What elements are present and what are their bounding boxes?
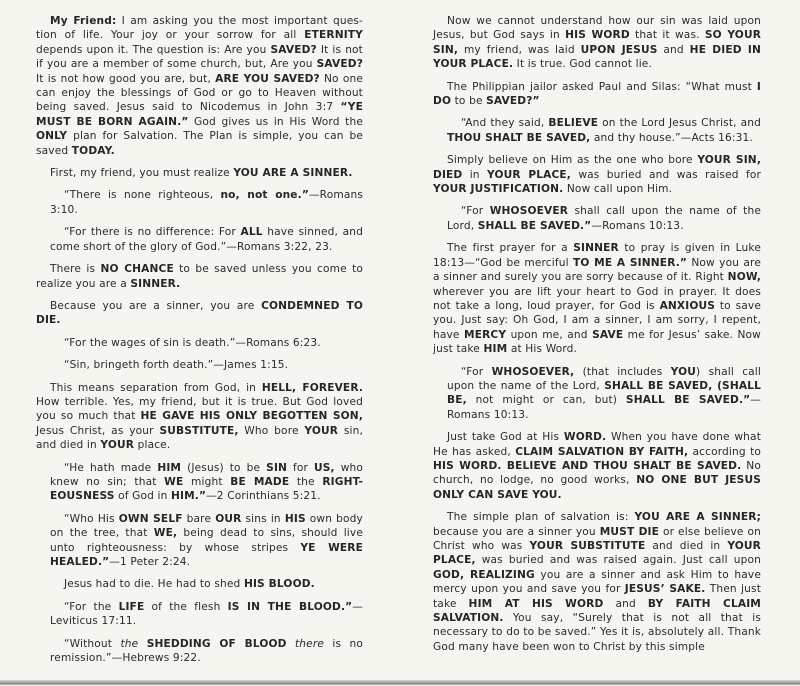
body-text: “Sin, bringeth forth death.”—James 1:15. [64, 359, 288, 371]
paragraph: This means separation from God, in HELL,… [36, 381, 363, 453]
emphasis-text: BE MADE [230, 476, 289, 488]
scripture-quote: Jesus had to die. He had to shed HIS BLO… [36, 577, 363, 591]
emphasis-text: YOUR JUSTIFICATION. [433, 183, 563, 195]
emphasis-text: ANXIOUS [660, 300, 715, 312]
body-text: —Romans 10:13. [591, 220, 683, 232]
emphasis-text: IS IN THE BLOOD.” [228, 601, 353, 613]
body-text: at His Word. [507, 343, 577, 355]
body-text: There is [50, 263, 100, 275]
body-text: Jesus had to die. He had to shed [64, 578, 244, 590]
emphasis-text: WORD. [564, 431, 606, 443]
emphasis-text: HELL, FOREVER. [262, 382, 363, 394]
body-text: It is not how good you are, but, [36, 73, 215, 85]
emphasis-text: SAVED?” [486, 95, 540, 107]
paragraph: The simple plan of salvation is: YOU ARE… [433, 510, 761, 654]
emphasis-text: HE GAVE HIS ONLY BEGOTTEN SON, [141, 410, 363, 422]
emphasis-text: HIS [285, 513, 306, 525]
scripture-quote: “For WHOSOEVER shall call upon the name … [433, 204, 761, 233]
body-text: the [289, 476, 322, 488]
emphasis-text: SUBSTITUTE, [159, 425, 238, 437]
emphasis-text: My Friend: [50, 15, 116, 27]
body-text: God gives us in His Word the [188, 116, 363, 128]
emphasis-text: HIS WORD. BELIEVE AND THOU SHALT BE SAVE… [433, 460, 741, 472]
paragraph: There is NO CHANCE to be saved unless yo… [36, 262, 363, 291]
scripture-quote: “For there is no difference: For ALL hav… [36, 225, 363, 254]
body-text: according to [688, 446, 761, 458]
paragraph: The first prayer for a SINNER to pray is… [433, 241, 761, 356]
emphasis-text: YOUR [100, 439, 134, 451]
body-text: Now call upon Him. [563, 183, 672, 195]
emphasis-text: ALL [241, 226, 263, 238]
body-text: The Philippian jailor asked Paul and Sil… [447, 81, 757, 93]
scripture-quote: “Sin, bringeth forth death.”—James 1:15. [36, 358, 363, 372]
emphasis-text: SINNER. [130, 278, 180, 290]
emphasis-text: SAVED? [270, 44, 316, 56]
body-text: place. [134, 439, 170, 451]
body-text [287, 638, 295, 650]
emphasis-text: OWN SELF [119, 513, 183, 525]
paragraph: My Friend: I am asking you the most impo… [36, 14, 363, 158]
body-text: “Without [64, 638, 120, 650]
body-text: “And they said, [461, 117, 548, 129]
paragraph: Simply believe on Him as the one who bor… [433, 153, 761, 196]
body-text: (Jesus) to be [181, 462, 266, 474]
body-text: that it was. [630, 29, 705, 41]
body-text: and died in [645, 540, 727, 552]
body-text: bare [183, 513, 216, 525]
body-text: and [658, 44, 690, 56]
body-text: might [183, 476, 230, 488]
emphasis-text: WE, [154, 527, 177, 539]
right-column: Now we cannot understand how our sin was… [433, 14, 761, 662]
emphasis-text: WHOSOEVER, [492, 366, 575, 378]
body-text: depends upon it. The question is: Are yo… [36, 44, 270, 56]
body-text: was buried and was raised again. Just ca… [476, 554, 761, 566]
paragraph: Now we cannot understand how our sin was… [433, 14, 761, 72]
emphasis-text: HIS WORD [565, 29, 630, 41]
scripture-quote: “For WHOSOEVER, (that includes YOU) shal… [433, 365, 761, 423]
left-column: My Friend: I am asking you the most impo… [36, 14, 363, 673]
scripture-quote: “He hath made HIM (Jesus) to be SIN for … [36, 461, 363, 504]
emphasis-text: NOW, [728, 271, 761, 283]
body-text: Who bore [239, 425, 305, 437]
body-text: —2 Corinthians 5:21. [206, 490, 321, 502]
emphasis-text: MUST DIE [600, 526, 659, 538]
emphasis-text: ETERNITY [304, 29, 363, 41]
emphasis-text: HIM.” [171, 490, 206, 502]
emphasis-text: YOUR PLACE, [487, 169, 571, 181]
emphasis-text: SHEDDING OF BLOOD [147, 638, 287, 650]
body-text: “For [461, 366, 492, 378]
scripture-quote: “There is none righteous, no, not one.”—… [36, 188, 363, 217]
body-text: “For the [64, 601, 119, 613]
body-text: Just take God at His [447, 431, 564, 443]
emphasis-text: ONLY [36, 130, 67, 142]
emphasis-text: SHALL BE SAVED.” [478, 220, 592, 232]
body-text: First, my friend, you must realize [50, 167, 233, 179]
emphasis-text: YOU ARE A SINNER; [634, 511, 761, 523]
emphasis-text: YOU [671, 366, 696, 378]
tract-page: My Friend: I am asking you the most impo… [0, 0, 800, 686]
body-text: and thy house.”—Acts 16:31. [590, 132, 753, 144]
emphasis-text: SAVED? [317, 58, 363, 70]
paragraph: First, my friend, you must realize YOU A… [36, 166, 363, 180]
emphasis-text: NO CHANCE [100, 263, 173, 275]
scripture-quote: “For the wages of sin is death.”—Romans … [36, 336, 363, 350]
emphasis-text: SIN [266, 462, 287, 474]
body-text: there [295, 638, 324, 650]
body-text: The simple plan of salvation is: [447, 511, 634, 523]
body-text: Simply believe on Him as the one who bor… [447, 154, 697, 166]
body-text: in [462, 169, 487, 181]
body-text: sins in [241, 513, 284, 525]
body-text: my friend, was laid [458, 44, 581, 56]
scripture-quote: “Who His OWN SELF bare OUR sins in HIS o… [36, 512, 363, 570]
body-text: because you are a sinner you [433, 526, 600, 538]
emphasis-text: TO ME A SINNER.” [573, 257, 687, 269]
body-text: —1 Peter 2:24. [109, 556, 190, 568]
emphasis-text: WHOSOEVER [490, 205, 568, 217]
body-text: It is true. God cannot lie. [513, 58, 652, 70]
body-text: the [120, 638, 138, 650]
body-text: and [603, 598, 647, 610]
body-text: not might or can, but) [467, 394, 626, 406]
body-text: The first prayer for a [447, 242, 573, 254]
body-text: Because you are a sinner, you are [50, 300, 261, 312]
emphasis-text: TODAY. [72, 145, 115, 157]
emphasis-text: JESUS’ SAKE. [625, 583, 706, 595]
scripture-quote: “Without the SHEDDING OF BLOOD there is … [36, 637, 363, 666]
emphasis-text: SINNER [573, 242, 619, 254]
paragraph: Because you are a sinner, you are CONDEM… [36, 299, 363, 328]
body-text: was buried and was raised for [571, 169, 761, 181]
body-text: upon me, and [506, 329, 592, 341]
emphasis-text: WE [164, 476, 183, 488]
body-text: of the flesh [144, 601, 227, 613]
body-text: “There is none righteous, [64, 189, 220, 201]
emphasis-text: UPON JESUS [581, 44, 658, 56]
emphasis-text: HIM AT HIS WORD [469, 598, 604, 610]
emphasis-text: OUR [215, 513, 241, 525]
emphasis-text: SAVE [592, 329, 623, 341]
page-edge [0, 680, 800, 686]
emphasis-text: US, [314, 462, 335, 474]
emphasis-text: YOUR SUBSTITUTE [529, 540, 645, 552]
emphasis-text: THOU SHALT BE SAVED, [447, 132, 590, 144]
body-text: on the Lord Jesus Christ, and [598, 117, 761, 129]
body-text: “Who His [64, 513, 119, 525]
body-text: of God in [115, 490, 171, 502]
body-text: “He hath made [64, 462, 157, 474]
emphasis-text: CLAIM SALVATION BY FAITH, [515, 446, 688, 458]
paragraph: The Philippian jailor asked Paul and Sil… [433, 80, 761, 109]
emphasis-text: ARE YOU SAVED? [215, 73, 320, 85]
emphasis-text: YOUR [304, 425, 338, 437]
body-text: for [287, 462, 314, 474]
body-text: (that includes [574, 366, 670, 378]
paragraph: Just take God at His WORD. When you have… [433, 430, 761, 502]
body-text: to be [451, 95, 486, 107]
emphasis-text: MERCY [464, 329, 506, 341]
emphasis-text: SHALL BE SAVED.” [626, 394, 750, 406]
body-text: “For the wages of sin is death.”—Romans … [64, 337, 321, 349]
emphasis-text: HIM [484, 343, 508, 355]
emphasis-text: LIFE [119, 601, 145, 613]
emphasis-text: no, not one.” [220, 189, 308, 201]
body-text: Jesus Christ, as your [36, 425, 159, 437]
emphasis-text: YOU ARE A SINNER. [233, 167, 352, 179]
body-text: “For [461, 205, 490, 217]
body-text [138, 638, 146, 650]
emphasis-text: GOD, REALIZING [433, 569, 535, 581]
scripture-quote: “For the LIFE of the flesh IS IN THE BLO… [36, 600, 363, 629]
body-text: “For there is no difference: For [64, 226, 241, 238]
body-text: This means separation from God, in [50, 382, 262, 394]
emphasis-text: HIS BLOOD. [244, 578, 315, 590]
emphasis-text: BELIEVE [548, 117, 598, 129]
emphasis-text: HIM [157, 462, 181, 474]
scripture-quote: “And they said, BELIEVE on the Lord Jesu… [433, 116, 761, 145]
